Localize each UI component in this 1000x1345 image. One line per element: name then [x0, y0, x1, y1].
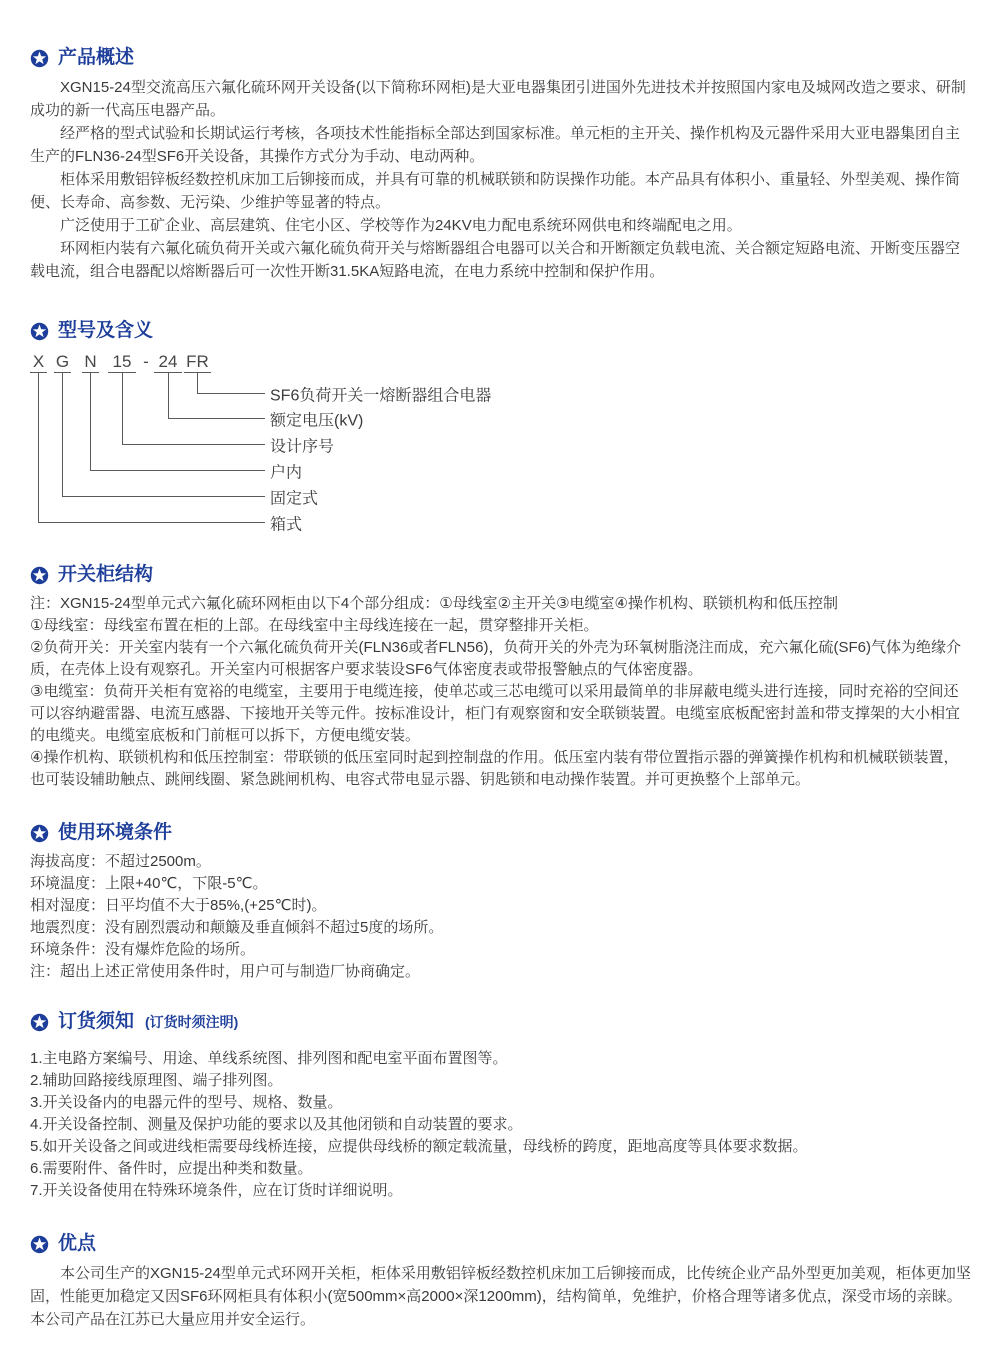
model-code-part: 15 — [108, 352, 136, 373]
ordering-item: 4.开关设备控制、测量及保护功能的要求以及其他闭锁和自动装置的要求。 — [30, 1114, 972, 1136]
section-environment: 使用环境条件 海拔高度：不超过2500m。 环境温度：上限+40℃，下限-5℃。… — [30, 821, 972, 983]
section-structure: 开关柜结构 注：XGN15-24型单元式六氟化硫环网柜由以下4个部分组成：①母线… — [30, 563, 972, 791]
section-model: 型号及含义 X G N 15 - 24 FR SF6负荷开关一熔断器组合电器 额… — [30, 319, 972, 536]
model-label: 箱式 — [270, 512, 302, 535]
star-icon — [30, 1013, 49, 1032]
condition-line: 海拔高度：不超过2500m。 — [30, 851, 972, 873]
ordering-body: 1.主电路方案编号、用途、单线系统图、排列图和配电室平面布置图等。 2.辅助回路… — [30, 1048, 972, 1202]
model-label: 额定电压(kV) — [270, 408, 363, 431]
star-icon — [30, 824, 49, 843]
model-code-part: G — [54, 352, 71, 373]
model-label: 固定式 — [270, 486, 318, 509]
condition-line: 环境条件：没有爆炸危险的场所。 — [30, 939, 972, 961]
overview-body: XGN15-24型交流高压六氟化硫环网开关设备(以下简称环网柜)是大亚电器集团引… — [30, 76, 972, 283]
paragraph: 柜体采用敷铝锌板经数控机床加工后铆接而成，并具有可靠的机械联锁和防误操作功能。本… — [30, 168, 972, 214]
paragraph: 本公司生产的XGN15-24型单元式环网开关柜，柜体采用敷铝锌板经数控机床加工后… — [30, 1262, 972, 1331]
condition-line: 环境温度：上限+40℃，下限-5℃。 — [30, 873, 972, 895]
section-header-structure: 开关柜结构 — [30, 563, 972, 587]
advantages-body: 本公司生产的XGN15-24型单元式环网开关柜，柜体采用敷铝锌板经数控机床加工后… — [30, 1262, 972, 1331]
ordering-item: 7.开关设备使用在特殊环境条件，应在订货时详细说明。 — [30, 1180, 972, 1202]
section-advantages: 优点 本公司生产的XGN15-24型单元式环网开关柜，柜体采用敷铝锌板经数控机床… — [30, 1232, 972, 1331]
star-icon — [30, 1235, 49, 1254]
catalog-page: 产品概述 XGN15-24型交流高压六氟化硫环网开关设备(以下简称环网柜)是大亚… — [0, 0, 1000, 1345]
section-title: 型号及含义 — [58, 319, 153, 343]
paragraph: ①母线室：母线室布置在柜的上部。在母线室中主母线连接在一起，贯穿整排开关柜。 — [30, 615, 972, 637]
model-code-part: FR — [184, 352, 211, 373]
section-header-advantages: 优点 — [30, 1232, 972, 1256]
paragraph: 经严格的型式试验和长期试运行考核，各项技术性能指标全部达到国家标准。单元柜的主开… — [30, 122, 972, 168]
ordering-item: 6.需要附件、备件时，应提出种类和数量。 — [30, 1158, 972, 1180]
model-code-part: 24 — [154, 352, 182, 373]
section-header-environment: 使用环境条件 — [30, 821, 972, 845]
section-title: 优点 — [58, 1232, 96, 1256]
section-overview: 产品概述 XGN15-24型交流高压六氟化硫环网开关设备(以下简称环网柜)是大亚… — [30, 46, 972, 283]
condition-line: 地震烈度：没有剧烈震动和颠簸及垂直倾斜不超过5度的场所。 — [30, 917, 972, 939]
model-label: 户内 — [270, 460, 302, 483]
star-icon — [30, 49, 49, 68]
paragraph: 注：XGN15-24型单元式六氟化硫环网柜由以下4个部分组成：①母线室②主开关③… — [30, 593, 972, 615]
model-label: 设计序号 — [270, 434, 334, 457]
star-icon — [30, 566, 49, 585]
paragraph: ③电缆室：负荷开关柜有宽裕的电缆室，主要用于电缆连接，使单芯或三芯电缆可以采用最… — [30, 681, 972, 747]
model-label: SF6负荷开关一熔断器组合电器 — [270, 383, 491, 406]
ordering-item: 2.辅助回路接线原理图、端子排列图。 — [30, 1070, 972, 1092]
star-icon — [30, 322, 49, 341]
ordering-item: 3.开关设备内的电器元件的型号、规格、数量。 — [30, 1092, 972, 1114]
environment-body: 海拔高度：不超过2500m。 环境温度：上限+40℃，下限-5℃。 相对湿度：日… — [30, 851, 972, 983]
structure-body: 注：XGN15-24型单元式六氟化硫环网柜由以下4个部分组成：①母线室②主开关③… — [30, 593, 972, 791]
paragraph: 广泛使用于工矿企业、高层建筑、住宅小区、学校等作为24KV电力配电系统环网供电和… — [30, 214, 972, 237]
paragraph: XGN15-24型交流高压六氟化硫环网开关设备(以下简称环网柜)是大亚电器集团引… — [30, 76, 972, 122]
section-header-overview: 产品概述 — [30, 46, 972, 70]
section-title: 开关柜结构 — [58, 563, 153, 587]
condition-line: 相对湿度：日平均值不大于85%,(+25℃时)。 — [30, 895, 972, 917]
section-subtitle: (订货时须注明) — [145, 1010, 238, 1034]
model-code-diagram: X G N 15 - 24 FR SF6负荷开关一熔断器组合电器 额定电压(kV… — [30, 352, 972, 536]
model-code-part: - — [139, 352, 153, 373]
paragraph: ②负荷开关：开关室内装有一个六氟化硫负荷开关(FLN36或者FLN56)，负荷开… — [30, 637, 972, 681]
paragraph: ④操作机构、联锁机构和低压控制室：带联锁的低压室同时起到控制盘的作用。低压室内装… — [30, 747, 972, 791]
model-code-part: X — [30, 352, 47, 373]
condition-line: 注：超出上述正常使用条件时，用户可与制造厂协商确定。 — [30, 961, 972, 983]
model-leader-line — [38, 373, 265, 523]
section-header-model: 型号及含义 — [30, 319, 972, 343]
section-ordering: 订货须知 (订货时须注明) 1.主电路方案编号、用途、单线系统图、排列图和配电室… — [30, 1010, 972, 1202]
section-header-ordering: 订货须知 (订货时须注明) — [30, 1010, 972, 1034]
section-title: 产品概述 — [58, 46, 134, 70]
section-title: 使用环境条件 — [58, 821, 172, 845]
ordering-item: 1.主电路方案编号、用途、单线系统图、排列图和配电室平面布置图等。 — [30, 1048, 972, 1070]
model-code-part: N — [82, 352, 99, 373]
section-title: 订货须知 — [58, 1010, 134, 1034]
ordering-item: 5.如开关设备之间或进线柜需要母线桥连接，应提供母线桥的额定载流量，母线桥的跨度… — [30, 1136, 972, 1158]
paragraph: 环网柜内装有六氟化硫负荷开关或六氟化硫负荷开关与熔断器组合电器可以关合和开断额定… — [30, 237, 972, 283]
